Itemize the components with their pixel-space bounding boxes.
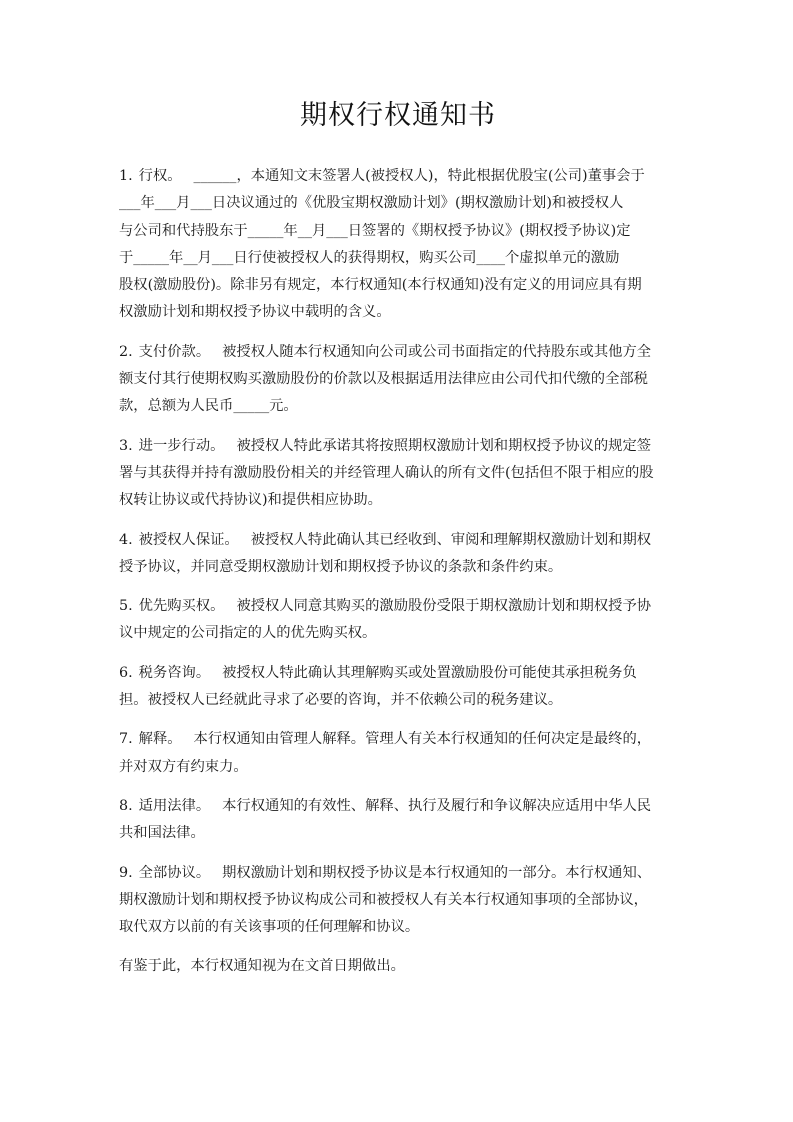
clause-text: 被授权人特此承诺其将按照期权激励计划和期权授予协议的规定签	[236, 438, 651, 454]
clause-3: 3.进一步行动。被授权人特此承诺其将按照期权激励计划和期权授予协议的规定签 署与…	[119, 433, 677, 515]
clause-5: 5.优先购买权。被授权人同意其购买的激励股份受限于期权激励计划和期权授予协 议中…	[119, 593, 677, 648]
clause-heading: 全部协议。	[139, 865, 210, 881]
clause-text: 与公司和代持股东于_____年__月___日签署的《期权授予协议》(期权授予协议…	[119, 218, 677, 245]
clause-heading: 优先购买权。	[139, 598, 225, 614]
closing-statement: 有鉴于此，本行权通知视为在文首日期做出。	[119, 953, 677, 980]
clause-number: 9.	[119, 865, 133, 881]
clause-heading: 支付价款。	[139, 344, 210, 360]
clause-text: 款，总额为人民币_____元。	[119, 393, 677, 420]
clause-9: 9.全部协议。期权激励计划和期权授予协议是本行权通知的一部分。本行权通知、 期权…	[119, 860, 677, 942]
clause-number: 4.	[119, 532, 133, 548]
clause-text: 股权(激励股份)。除非另有规定，本行权通知(本行权通知)没有定义的用词应具有期	[119, 272, 677, 299]
clause-text: 议中规定的公司指定的人的优先购买权。	[119, 620, 677, 647]
clause-text: 取代双方以前的有关该事项的任何理解和协议。	[119, 914, 677, 941]
clause-7: 7.解释。本行权通知由管理人解释。管理人有关本行权通知的任何决定是最终的， 并对…	[119, 726, 677, 781]
clause-text: 署与其获得并持有激励股份相关的并经管理人确认的所有文件(包括但不限于相应的股	[119, 460, 677, 487]
clause-text: 被授权人随本行权通知向公司或公司书面指定的代持股东或其他方全	[222, 344, 651, 360]
clause-heading: 进一步行动。	[139, 438, 225, 454]
clause-text: 期权激励计划和期权授予协议构成公司和被授权人有关本行权通知事项的全部协议，	[119, 887, 677, 914]
clause-text: 担。被授权人已经就此寻求了必要的咨询，并不依赖公司的税务建议。	[119, 687, 677, 714]
clause-2: 2.支付价款。被授权人随本行权通知向公司或公司书面指定的代持股东或其他方全 额支…	[119, 339, 677, 421]
clause-heading: 行权。	[139, 168, 182, 184]
clause-text: 于_____年__月___日行使被授权人的获得期权，购买公司____个虚拟单元的…	[119, 245, 677, 272]
clause-number: 8.	[119, 798, 133, 814]
closing-text: 有鉴于此，本行权通知视为在文首日期做出。	[119, 953, 677, 980]
clause-number: 6.	[119, 665, 133, 681]
clause-number: 2.	[119, 344, 133, 360]
clause-number: 1.	[119, 168, 133, 184]
clause-number: 3.	[119, 438, 133, 454]
clause-text: 并对双方有约束力。	[119, 754, 677, 781]
clause-text: 额支付其行使期权购买激励股份的价款以及根据适用法律应由公司代扣代缴的全部税	[119, 366, 677, 393]
clause-heading: 解释。	[139, 731, 182, 747]
document-body: 1.行权。______，本通知文末签署人(被授权人)，特此根据优股宝(公司)董事…	[119, 163, 677, 993]
clause-text: 权转让协议或代持协议)和提供相应协助。	[119, 487, 677, 514]
clause-heading: 适用法律。	[139, 798, 210, 814]
clause-8: 8.适用法律。本行权通知的有效性、解释、执行及履行和争议解决应适用中华人民 共和…	[119, 793, 677, 848]
clause-4: 4.被授权人保证。被授权人特此确认其已经收到、审阅和理解期权激励计划和期权 授予…	[119, 527, 677, 582]
clause-text: ______，本通知文末签署人(被授权人)，特此根据优股宝(公司)董事会于	[194, 168, 645, 184]
clause-text: 共和国法律。	[119, 820, 677, 847]
clause-heading: 税务咨询。	[139, 665, 210, 681]
clause-text: 本行权通知的有效性、解释、执行及履行和争议解决应适用中华人民	[222, 798, 651, 814]
document-title: 期权行权通知书	[119, 93, 677, 132]
clause-6: 6.税务咨询。被授权人特此确认其理解购买或处置激励股份可能使其承担税务负 担。被…	[119, 660, 677, 715]
clause-heading: 被授权人保证。	[139, 532, 239, 548]
clause-text: 被授权人特此确认其理解购买或处置激励股份可能使其承担税务负	[222, 665, 637, 681]
clause-number: 5.	[119, 598, 133, 614]
clause-text: 被授权人特此确认其已经收到、审阅和理解期权激励计划和期权	[251, 532, 651, 548]
clause-text: 期权激励计划和期权授予协议是本行权通知的一部分。本行权通知、	[222, 865, 651, 881]
clause-1: 1.行权。______，本通知文末签署人(被授权人)，特此根据优股宝(公司)董事…	[119, 163, 677, 327]
clause-text: ___年___月___日决议通过的《优股宝期权激励计划》(期权激励计划)和被授权…	[119, 190, 677, 217]
clause-text: 授予协议，并同意受期权激励计划和期权授予协议的条款和条件约束。	[119, 554, 677, 581]
clause-number: 7.	[119, 731, 133, 747]
clause-text: 权激励计划和期权授予协议中载明的含义。	[119, 299, 677, 326]
clause-text: 本行权通知由管理人解释。管理人有关本行权通知的任何决定是最终的，	[194, 731, 652, 747]
clause-text: 被授权人同意其购买的激励股份受限于期权激励计划和期权授予协	[236, 598, 651, 614]
